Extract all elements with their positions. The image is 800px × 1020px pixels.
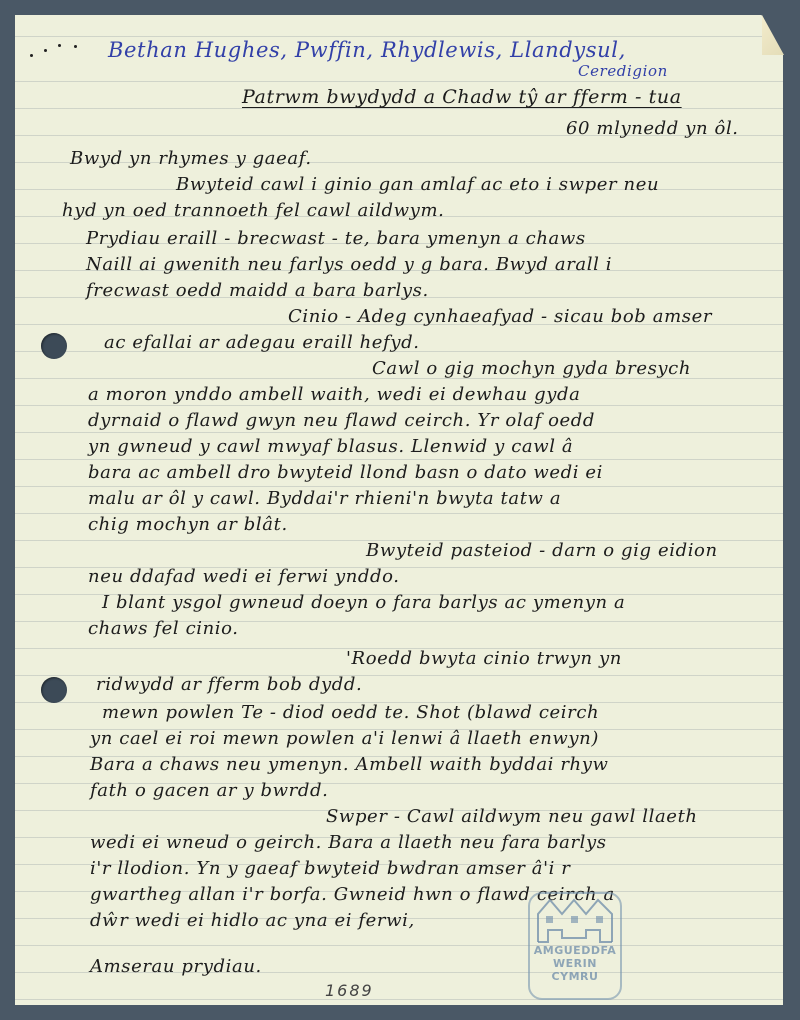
text-line: Naill ai gwenith neu farlys oedd y g bar… [86,256,612,274]
text-line: dŵr wedi ei hidlo ac yna ei ferwi, [90,912,415,930]
text-line: i'r llodion. Yn y gaeaf bwyteid bwdran a… [90,860,571,878]
text-line: dyrnaid o flawd gwyn neu flawd ceirch. Y… [88,412,595,430]
text-line: Amserau prydiau. [90,958,262,976]
building-icon [536,898,614,944]
text-line: Bwyd yn rhymes y gaeaf. [70,150,312,168]
text-line: ridwydd ar fferm bob dydd. [96,676,362,694]
text-line: frecwast oedd maidd a bara barlys. [86,282,429,300]
text-line: ac efallai ar adegau eraill hefyd. [104,334,420,352]
text-line: Bara a chaws neu ymenyn. Ambell waith by… [90,756,609,774]
text-line: Bwyteid pasteiod - darn o gig eidion [366,542,718,560]
punch-hole [41,677,67,703]
page-number: 1689 [325,981,374,1000]
text-line: fath o gacen ar y bwrdd. [90,782,328,800]
text-line: Bwyteid cawl i ginio gan amlaf ac eto i … [176,176,659,194]
text-line: chig mochyn ar blât. [88,516,288,534]
punch-hole [41,333,67,359]
document-title: Patrwm bwydydd a Chadw tŷ ar fferm - tua [242,88,682,107]
text-line: wedi ei wneud o geirch. Bara a llaeth ne… [90,834,607,852]
text-line: I blant ysgol gwneud doeyn o fara barlys… [102,594,625,612]
author-county: Ceredigion [578,64,668,79]
stamp-line: WERIN [530,957,620,970]
ink-specks [30,40,80,60]
document-title-cont: 60 mlynedd yn ôl. [566,120,739,138]
text-line: a moron ynddo ambell waith, wedi ei dewh… [88,386,580,404]
text-line: Cinio - Adeg cynhaeafyad - sicau bob ams… [288,308,712,326]
stamp-line: CYMRU [530,970,620,983]
text-line: hyd yn oed trannoeth fel cawl aildwym. [62,202,444,220]
text-line: yn gwneud y cawl mwyaf blasus. Llenwid y… [88,438,573,456]
text-line: malu ar ôl y cawl. Byddai'r rhieni'n bwy… [88,490,561,508]
text-line: neu ddafad wedi ei ferwi ynddo. [88,568,400,586]
text-line: yn cael ei roi mewn powlen a'i lenwi â l… [90,730,599,748]
text-line: Cawl o gig mochyn gyda bresych [372,360,691,378]
author-line: Bethan Hughes, Pwffin, Rhydlewis, Llandy… [108,40,626,61]
text-line: 'Roedd bwyta cinio trwyn yn [346,650,622,668]
text-line: chaws fel cinio. [88,620,239,638]
stamp-line: AMGUEDDFA [530,944,620,957]
text-line: mewn powlen Te - diod oedd te. Shot (bla… [102,704,599,722]
text-line: Swper - Cawl aildwym neu gawl llaeth [326,808,698,826]
text-line: bara ac ambell dro bwyteid llond basn o … [88,464,603,482]
text-line: Prydiau eraill - brecwast - te, bara yme… [86,230,586,248]
museum-stamp: AMGUEDDFA WERIN CYMRU [528,892,622,1000]
folded-corner [762,15,784,55]
